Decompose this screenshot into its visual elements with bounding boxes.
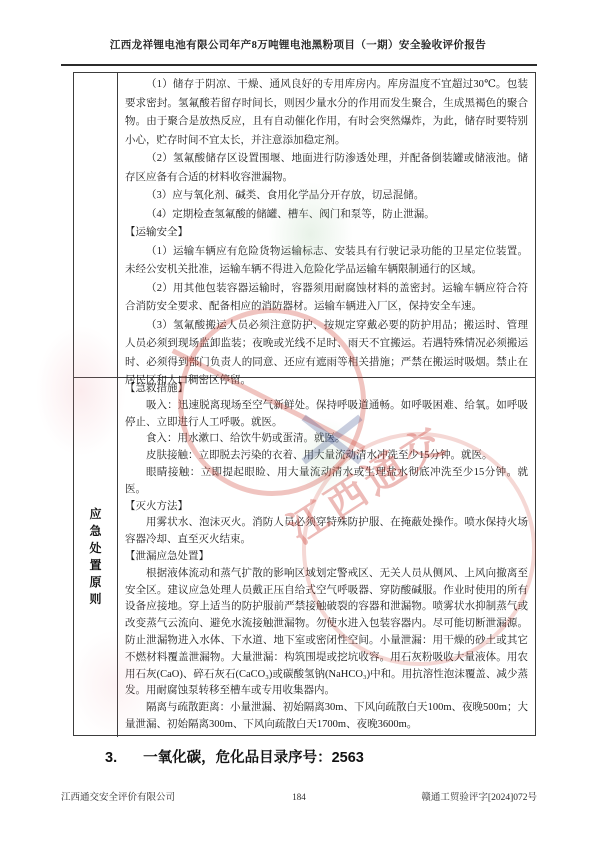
- paragraph: 食入：用水漱口、给饮牛奶或蛋清。就医。: [125, 431, 528, 448]
- page-footer: 江西通交安全评价有限公司 184 赣通工贸验评字[2024]072号: [61, 789, 537, 803]
- first-aid-spill-cell: 【急救措施】 吸入：迅速脱离现场至空气新鲜处。保持呼吸道通畅。如呼吸困难、给氧。…: [118, 378, 535, 737]
- footer-company: 江西通交安全评价有限公司: [61, 789, 242, 803]
- footer-page-number: 184: [242, 792, 356, 802]
- paragraph: （3）应与氧化剂、碱类、食用化学品分开存放，切忌混储。: [125, 187, 528, 206]
- header-rule: [61, 64, 537, 66]
- page-header-title: 江西龙祥锂电池有限公司年产8万吨锂电池黑粉项目（一期）安全验收评价报告: [0, 37, 596, 52]
- paragraph: 隔离与疏散距离：小量泄漏、初始隔离30m、下风向疏散白天100m、夜晚500m；…: [125, 700, 528, 734]
- row-label-emergency-principles: 应急处置原则: [89, 506, 103, 608]
- paragraph: 吸入：迅速脱离现场至空气新鲜处。保持呼吸道通畅。如呼吸困难、给氧。如呼吸停止、立…: [125, 398, 528, 432]
- section-number: 3.: [105, 750, 117, 766]
- bracket-heading-leak-response: 【泄漏应急处置】: [125, 549, 528, 566]
- bracket-heading-transport-safety: 【运输安全】: [125, 224, 528, 243]
- paragraph: （2）氢氟酸储存区设置围堰、地面进行防渗透处理，并配备倒装罐或储液池。储存区应备…: [125, 150, 528, 187]
- paragraph: （4）定期检查氢氟酸的储罐、槽车、阀门和泵等，防止泄漏。: [125, 206, 528, 225]
- footer-doc-number: 赣通工贸验评字[2024]072号: [356, 789, 537, 803]
- storage-transport-cell: （1）储存于阴凉、干燥、通风良好的专用库房内。库房温度不宜超过30℃。包装要求密…: [118, 73, 535, 378]
- paragraph: 用雾状水、泡沫灭火。消防人员必须穿特殊防护服、在掩蔽处操作。喷水保持火场容器冷却…: [125, 515, 528, 549]
- emergency-response-table: （1）储存于阴凉、干燥、通风良好的专用库房内。库房温度不宜超过30℃。包装要求密…: [73, 72, 536, 736]
- section-heading-carbon-monoxide: 3.一氧化碳，危化品目录序号：2563: [105, 746, 364, 767]
- document-page: 江西龙祥锂电池有限公司年产8万吨锂电池黑粉项目（一期）安全验收评价报告 （1）储…: [0, 0, 596, 842]
- paragraph: （2）用其他包装容器运输时，容器须用耐腐蚀材料的盖密封。运输车辆应符合符合消防安…: [125, 280, 528, 317]
- paragraph: （1）运输车辆应有危险货物运输标志、安装具有行驶记录功能的卫星定位装置。未经公安…: [125, 243, 528, 280]
- row-label-cell: 应急处置原则: [74, 378, 118, 737]
- bracket-heading-fire-fighting: 【灭火方法】: [125, 499, 528, 516]
- section-title: 一氧化碳，危化品目录序号：2563: [143, 750, 364, 766]
- paragraph: 根据液体流动和蒸气扩散的影响区域划定警戒区、无关人员从侧风、上风向撤离至安全区。…: [125, 566, 528, 700]
- bracket-heading-first-aid: 【急救措施】: [125, 381, 528, 398]
- paragraph: 眼睛接触：立即提起眼睑、用大量流动清水或生理盐水彻底冲洗至少15分钟。就医。: [125, 465, 528, 499]
- paragraph: （1）储存于阴凉、干燥、通风良好的专用库房内。库房温度不宜超过30℃。包装要求密…: [125, 76, 528, 150]
- paragraph: 皮肤接触：立即脱去污染的衣着、用大量流动清水冲洗至少15分钟。就医。: [125, 448, 528, 465]
- label-cell-empty: [74, 73, 118, 378]
